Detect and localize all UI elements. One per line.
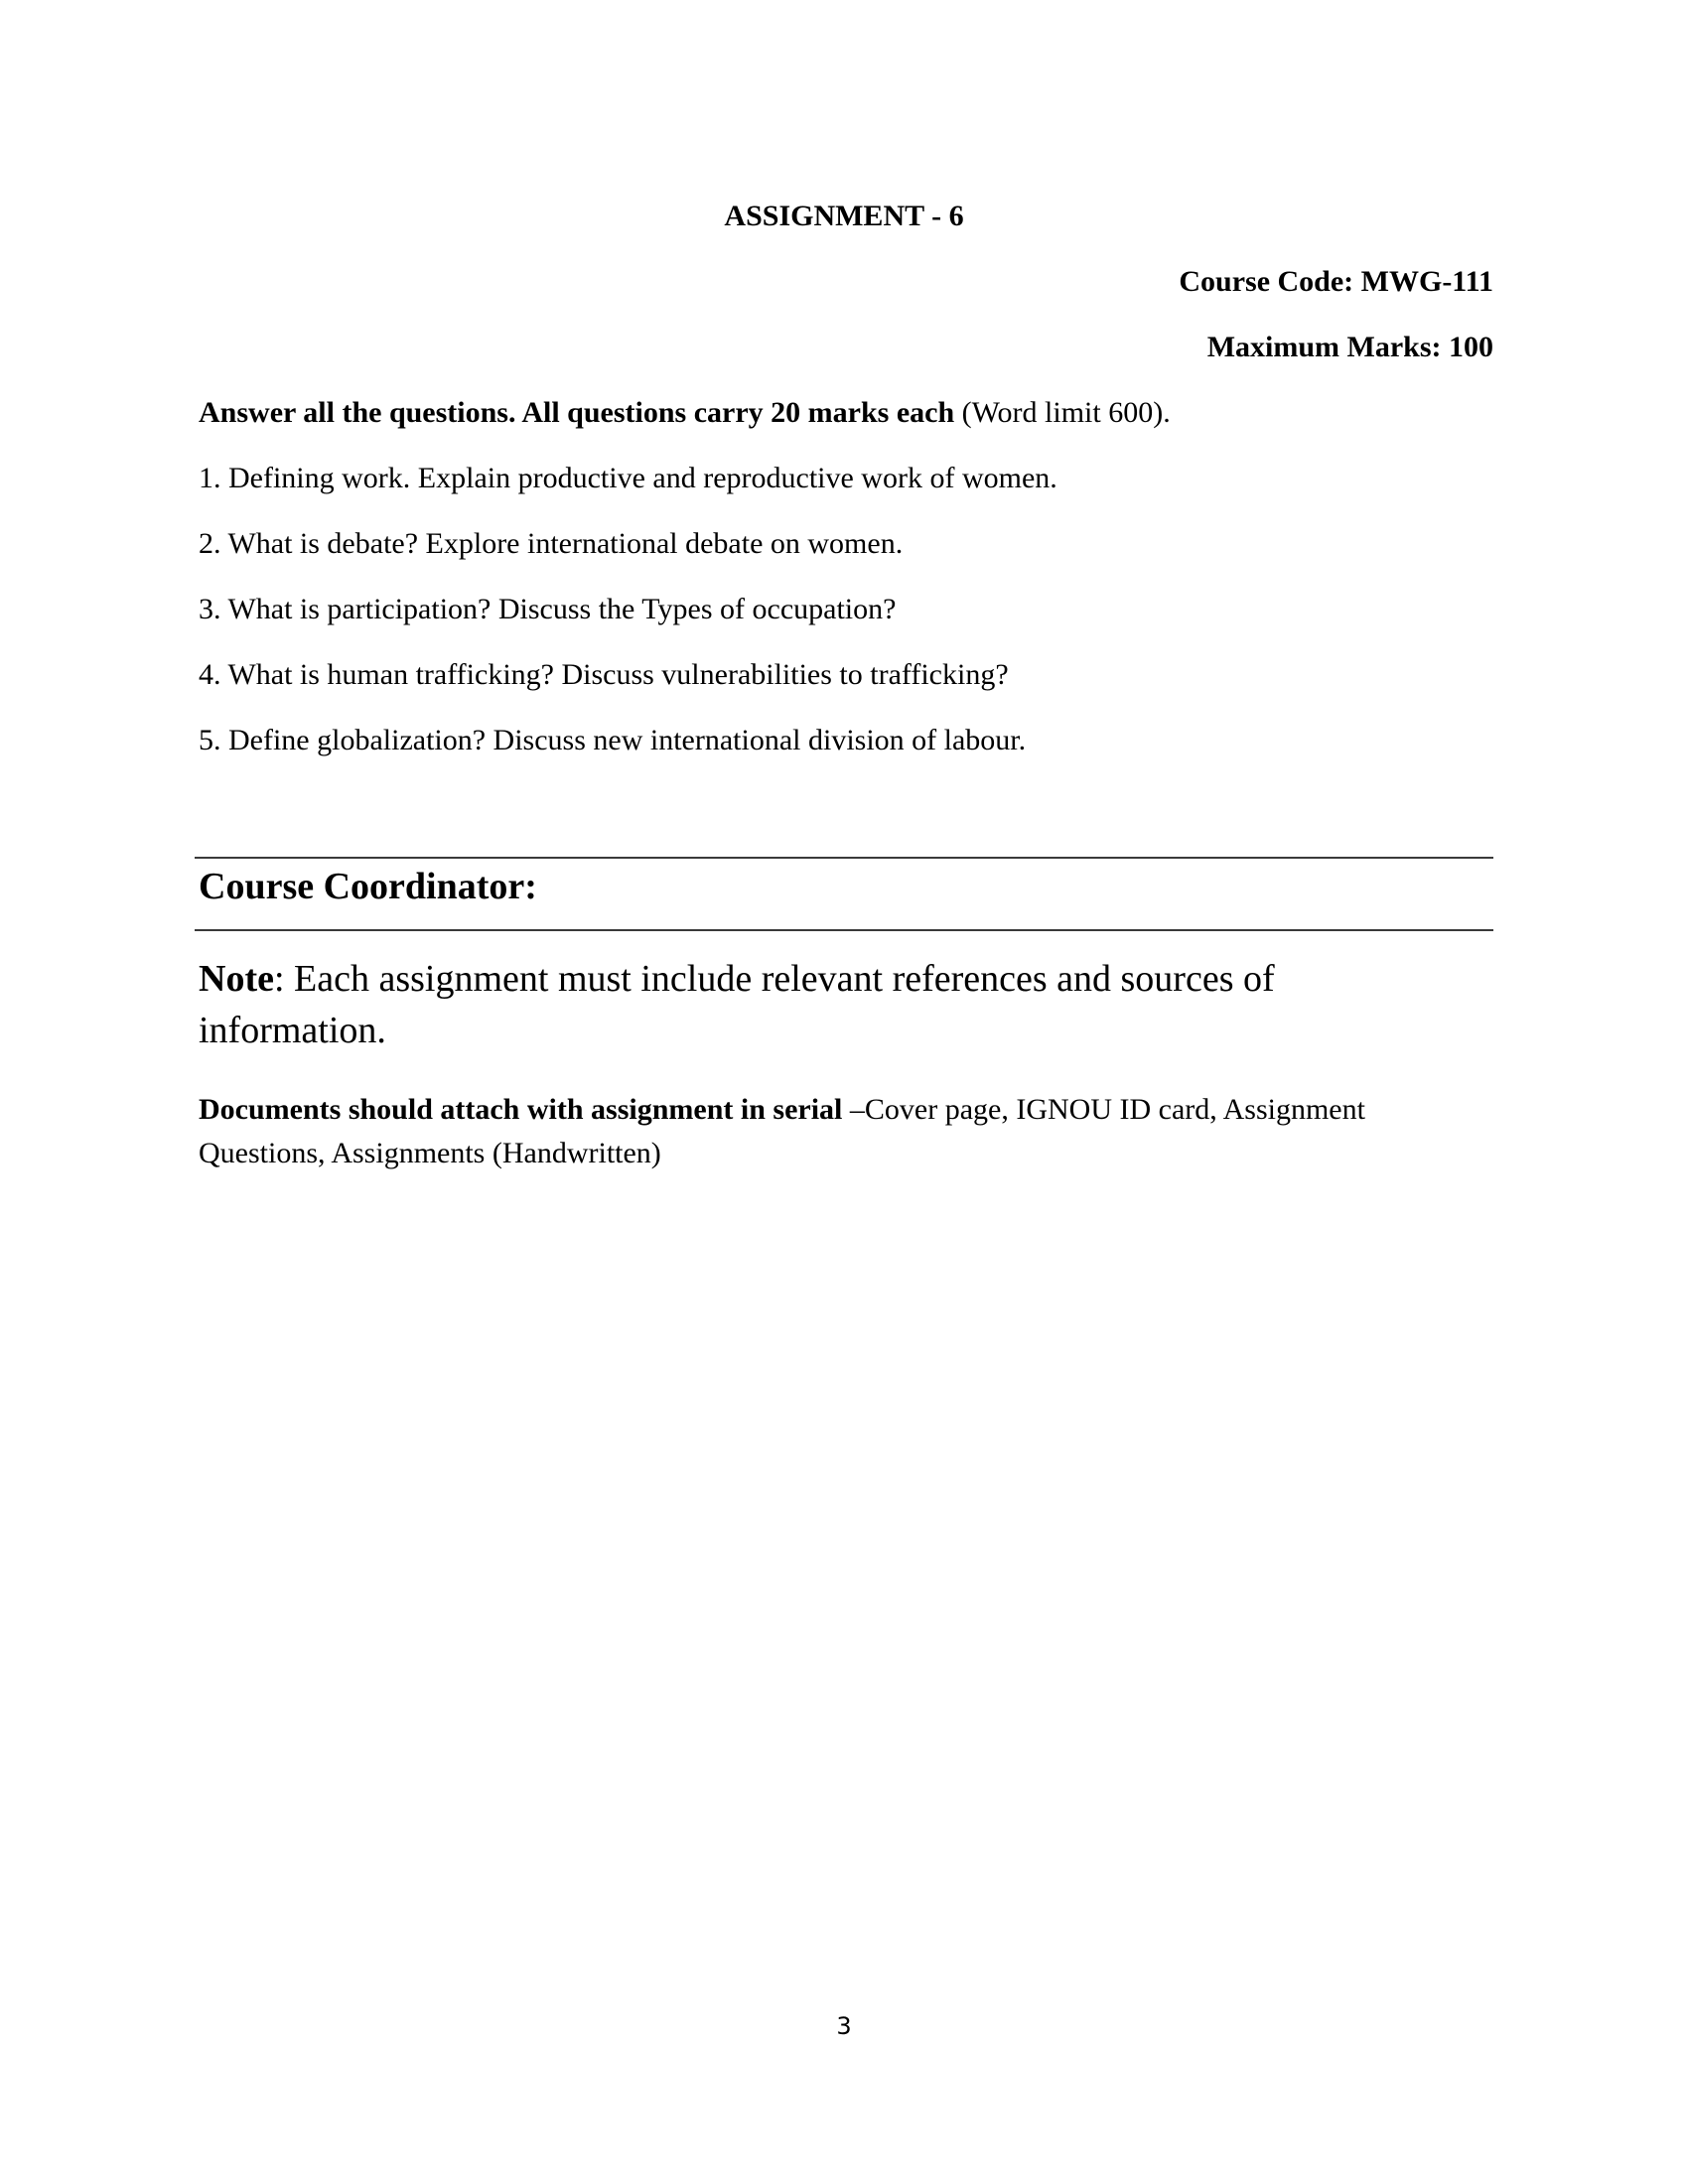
maximum-marks: Maximum Marks: 100 [1207, 330, 1493, 365]
assignment-title: ASSIGNMENT - 6 [0, 199, 1688, 234]
page-number: 3 [0, 2011, 1688, 2041]
instructions-bold: Answer all the questions. All questions … [199, 396, 954, 429]
note-label: Note [199, 958, 274, 1000]
documents-paragraph: Documents should attach with assignment … [199, 1088, 1390, 1175]
divider-top [195, 857, 1493, 859]
course-code: Course Code: MWG-111 [1179, 264, 1493, 300]
question-2: 2. What is debate? Explore international… [199, 526, 903, 562]
divider-bottom [195, 929, 1493, 931]
note-text: : Each assignment must include relevant … [199, 958, 1275, 1051]
document-page: ASSIGNMENT - 6 Course Code: MWG-111 Maxi… [0, 0, 1688, 2184]
instructions: Answer all the questions. All questions … [199, 395, 1171, 431]
course-coordinator-label: Course Coordinator: [199, 864, 537, 909]
documents-bold: Documents should attach with assignment … [199, 1093, 850, 1126]
question-1: 1. Defining work. Explain productive and… [199, 461, 1057, 496]
note-paragraph: Note: Each assignment must include relev… [199, 953, 1390, 1056]
question-5: 5. Define globalization? Discuss new int… [199, 723, 1026, 758]
question-3: 3. What is participation? Discuss the Ty… [199, 592, 896, 627]
question-4: 4. What is human trafficking? Discuss vu… [199, 657, 1009, 693]
instructions-word-limit: (Word limit 600). [954, 396, 1171, 429]
